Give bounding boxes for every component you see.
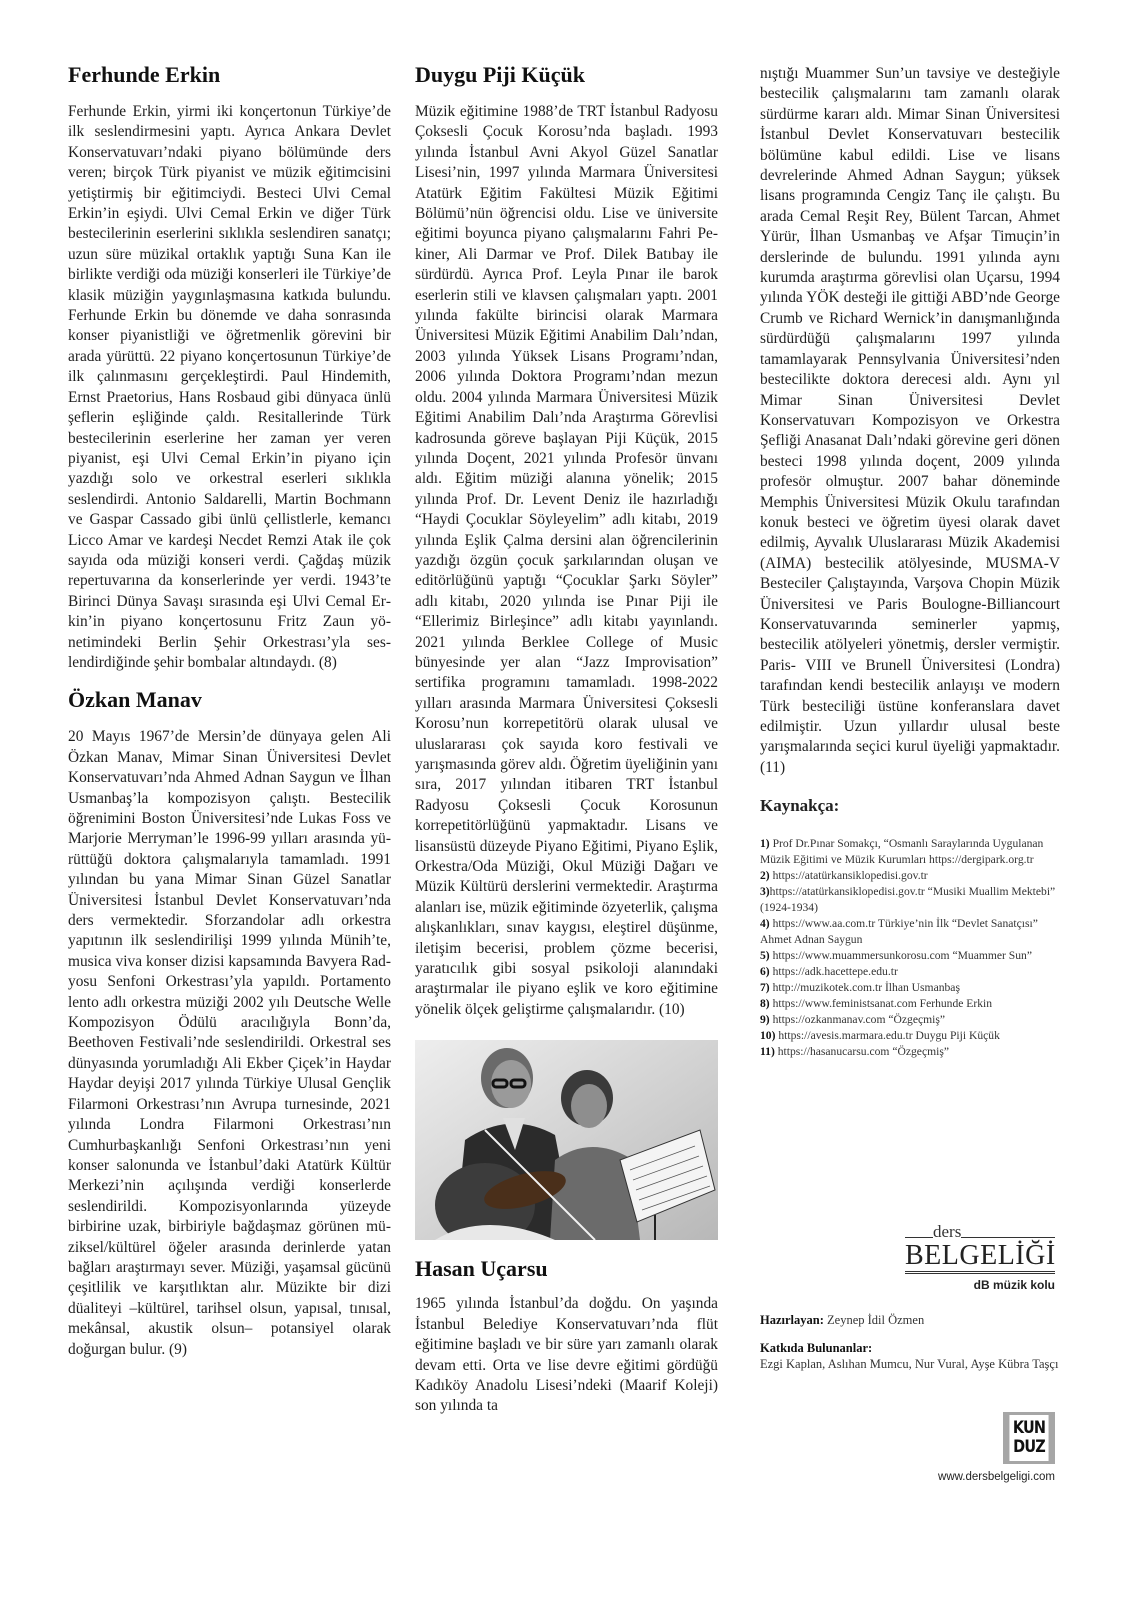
bio-ozkan-manav: 20 Mayıs 1967’de Mersin’de dünyaya gelen… — [68, 727, 391, 1360]
heading-duygu-piji-kucuk: Duygu Piji Küçük — [415, 62, 718, 88]
reference-item: 1) Prof Dr.Pınar Somakçı, “Osmanlı Saray… — [760, 836, 1060, 868]
credits: Hazırlayan: Zeynep İdil Özmen Katkıda Bu… — [760, 1312, 1060, 1372]
contributors: Katkıda Bulunanlar: Ezgi Kaplan, Aslıhan… — [760, 1340, 1060, 1372]
reference-item: 10) https://avesis.marmara.edu.tr Duygu … — [760, 1028, 1060, 1044]
prepared-by-label: Hazırlayan: — [760, 1313, 824, 1327]
heading-hasan-ucarsu: Hasan Uçarsu — [415, 1256, 718, 1282]
kunduz-logo-line1: KUN — [1013, 1419, 1045, 1438]
prepared-by-value: Zeynep İdil Özmen — [824, 1313, 924, 1327]
reference-item: 3)https://atatürkansiklopedisi.gov.tr “M… — [760, 884, 1060, 916]
column-middle: Duygu Piji Küçük Müzik eğitimine 1988’de… — [415, 62, 718, 1417]
reference-item: 6) https://adk.hacettepe.edu.tr — [760, 964, 1060, 980]
contributors-label: Katkıda Bulunanlar: — [760, 1340, 1060, 1356]
photo-illustration-icon — [415, 1040, 718, 1240]
references-list: 1) Prof Dr.Pınar Somakçı, “Osmanlı Saray… — [760, 836, 1060, 1060]
logo-subtitle: dB müzik kolu — [905, 1278, 1055, 1292]
reference-item: 4) https://www.aa.com.tr Türkiye’nin İlk… — [760, 916, 1060, 948]
heading-ferhunde-erkin: Ferhunde Erkin — [68, 62, 391, 88]
website-link[interactable]: www.dersbelgeligi.com — [900, 1471, 1055, 1483]
kunduz-logo: KUN DUZ — [1003, 1412, 1055, 1464]
logo-rule-right — [961, 1237, 1055, 1238]
logo-rule-left — [905, 1237, 933, 1238]
violin-lesson-photo — [415, 1040, 718, 1240]
references-heading: Kaynakça: — [760, 796, 1060, 816]
reference-item: 7) http://muzikotek.com.tr İlhan Usmanba… — [760, 980, 1060, 996]
logo-belgeligi-text: BELGELİĞİ — [905, 1242, 1055, 1274]
prepared-by: Hazırlayan: Zeynep İdil Özmen — [760, 1312, 1060, 1328]
contributors-value: Ezgi Kaplan, Aslıhan Mumcu, Nur Vural, A… — [760, 1356, 1060, 1372]
kunduz-logo-line2: DUZ — [1013, 1438, 1045, 1457]
bio-hasan-ucarsu-continued: nıştığı Muammer Sun’un tavsiye ve deste­… — [760, 64, 1060, 778]
bio-duygu-piji-kucuk: Müzik eğitimine 1988’de TRT İstanbul Rad… — [415, 102, 718, 1020]
column-right: nıştığı Muammer Sun’un tavsiye ve deste­… — [760, 64, 1060, 1060]
bio-ferhunde-erkin: Ferhunde Erkin, yirmi iki konçertonun Tü… — [68, 102, 391, 673]
reference-item: 11) https://hasanucarsu.com “Özgeçmiş” — [760, 1044, 1060, 1060]
ders-belgeligi-logo: ders BELGELİĞİ dB müzik kolu — [905, 1222, 1055, 1292]
bio-hasan-ucarsu-start: 1965 yılında İstanbul’da doğdu. On yaşın… — [415, 1294, 718, 1416]
reference-item: 2) https://atatürkansiklopedisi.gov.tr — [760, 868, 1060, 884]
reference-item: 8) https://www.feministsanat.com Ferhund… — [760, 996, 1060, 1012]
column-left: Ferhunde Erkin Ferhunde Erkin, yirmi iki… — [68, 62, 391, 1360]
logo-ders-text: ders — [933, 1222, 961, 1242]
reference-item: 9) https://ozkanmanav.com “Özgeçmiş” — [760, 1012, 1060, 1028]
heading-ozkan-manav: Özkan Manav — [68, 687, 391, 713]
reference-item: 5) https://www.muammersunkorosu.com “Mua… — [760, 948, 1060, 964]
